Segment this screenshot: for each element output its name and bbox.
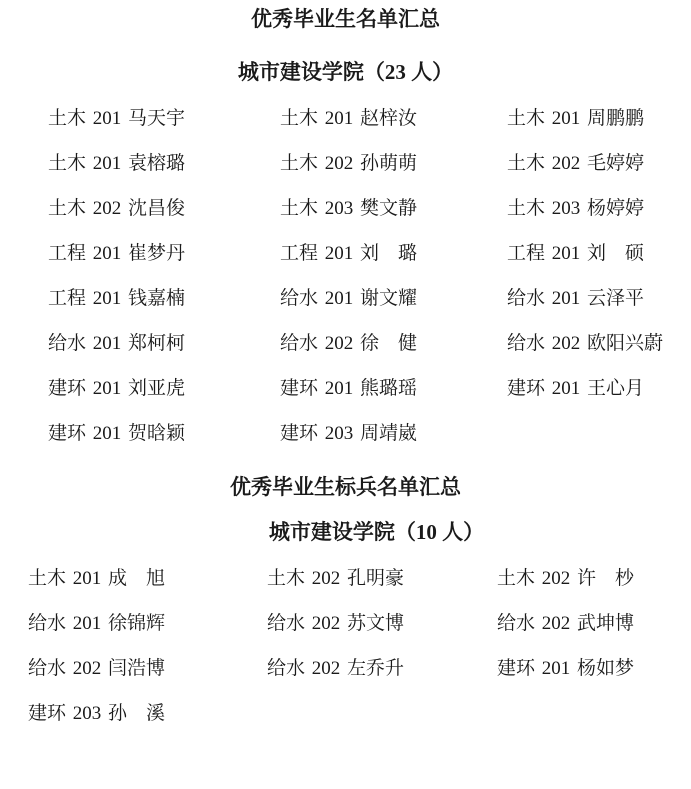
graduate-entry: 建环 201 杨如梦 (497, 653, 691, 680)
graduate-entry: 给水 201 徐锦辉 (28, 608, 267, 635)
graduate-entry: 土木 202 孙萌萌 (280, 148, 507, 175)
graduate-entry: 土木 201 袁榕璐 (48, 148, 280, 175)
graduate-entry: 给水 202 欧阳兴蔚 (507, 328, 691, 355)
graduate-entry: 给水 202 闫浩博 (28, 653, 267, 680)
graduate-entry: 建环 201 熊璐瑶 (280, 373, 507, 400)
graduate-entry: 土木 201 周鹏鹏 (507, 103, 691, 130)
document-page: 优秀毕业生名单汇总 城市建设学院（23 人） 土木 201 马天宇 土木 201… (0, 0, 691, 789)
graduate-entry: 给水 202 徐 健 (280, 328, 507, 355)
graduate-entry: 土木 201 马天宇 (48, 103, 280, 130)
graduate-entry: 工程 201 刘 璐 (280, 238, 507, 265)
graduate-entry: 建环 203 孙 溪 (28, 698, 267, 725)
graduate-entry: 给水 201 谢文耀 (280, 283, 507, 310)
graduate-entry: 给水 201 云泽平 (507, 283, 691, 310)
section2-subtitle: 城市建设学院（10 人） (31, 499, 691, 543)
graduate-entry: 给水 202 苏文博 (267, 608, 497, 635)
graduate-entry: 土木 201 赵梓汝 (280, 103, 507, 130)
graduate-entry: 给水 201 郑柯柯 (48, 328, 280, 355)
section2-graduate-list: 土木 201 成 旭 土木 202 孔明豪 土木 202 许 杪 给水 201 … (28, 554, 691, 734)
graduate-entry: 工程 201 刘 硕 (507, 238, 691, 265)
graduate-entry: 工程 201 崔梦丹 (48, 238, 280, 265)
graduate-entry: 给水 202 武坤博 (497, 608, 691, 635)
graduate-entry: 土木 203 樊文静 (280, 193, 507, 220)
graduate-entry: 土木 201 成 旭 (28, 563, 267, 590)
graduate-entry: 建环 203 周靖崴 (280, 418, 507, 445)
graduate-entry: 建环 201 王心月 (507, 373, 691, 400)
graduate-entry: 土木 202 毛婷婷 (507, 148, 691, 175)
section1-title: 优秀毕业生名单汇总 (0, 0, 691, 31)
graduate-entry: 建环 201 刘亚虎 (48, 373, 280, 400)
section2-title: 优秀毕业生标兵名单汇总 (0, 454, 691, 499)
graduate-entry: 土木 202 孔明豪 (267, 563, 497, 590)
section1-graduate-list: 土木 201 马天宇 土木 201 赵梓汝 土木 201 周鹏鹏 土木 201 … (48, 94, 691, 454)
graduate-entry: 土木 202 沈昌俊 (48, 193, 280, 220)
section1-subtitle: 城市建设学院（23 人） (0, 31, 691, 83)
graduate-entry: 建环 201 贺晗颖 (48, 418, 280, 445)
graduate-entry: 土木 202 许 杪 (497, 563, 691, 590)
graduate-entry: 工程 201 钱嘉楠 (48, 283, 280, 310)
graduate-entry: 土木 203 杨婷婷 (507, 193, 691, 220)
graduate-entry: 给水 202 左乔升 (267, 653, 497, 680)
